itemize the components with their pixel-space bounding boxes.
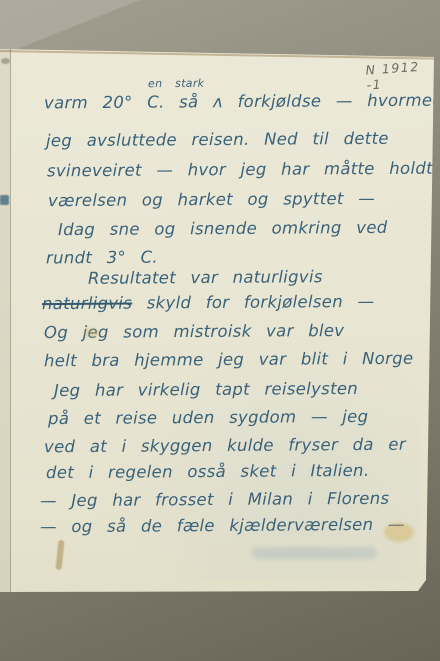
handwritten-line: rundt 3° C. (46, 248, 158, 268)
handwritten-text: Jeg har virkelig tapt reiselysten (54, 379, 358, 400)
handwritten-text: — og så de fæle kjælderværelsen — (40, 515, 405, 537)
handwritten-line: Og jeg som mistroisk var blev (44, 321, 344, 342)
handwritten-text: varm 20° C. så ʌ forkjøldse — hvormed (44, 91, 440, 113)
handwritten-line: helt bra hjemme jeg var blit i Norge (44, 349, 414, 371)
handwritten-line: naturligvis skyld for forkjølelsen — (42, 292, 374, 313)
handwritten-text: jeg avsluttede reisen. Ned til dette (46, 129, 389, 150)
handwritten-line: svineveiret — hvor jeg har måtte holdt (47, 159, 433, 181)
background-light-patch (0, 0, 140, 56)
paper-stain-streak (55, 540, 64, 570)
handwritten-line: Jeg har virkelig tapt reiselysten (54, 379, 358, 400)
handwritten-text: rundt 3° C. (46, 248, 158, 268)
paper-left-fold-crease (0, 49, 11, 592)
handwritten-text: værelsen og harket og spyttet — (48, 189, 375, 210)
handwritten-line: på et reise uden sygdom — jeg (48, 407, 368, 428)
handwritten-line: — Jeg har frosset i Milan i Florens (40, 489, 389, 510)
ghost-writing-smudge (252, 547, 377, 559)
handwritten-text: det i regelen osså sket i Italien. (46, 461, 369, 482)
handwritten-line: jeg avsluttede reisen. Ned til dette (46, 129, 389, 150)
handwritten-line: Idag sne og isnende omkring ved (58, 218, 388, 239)
handwritten-text: en stark (148, 77, 204, 90)
handwritten-text: skyld for forkjølelsen — (132, 292, 374, 313)
handwritten-line: ved at i skyggen kulde fryser da er (44, 435, 406, 457)
handwritten-text: Idag sne og isnende omkring ved (58, 218, 388, 239)
struck-out-word: naturligvis (42, 294, 132, 314)
handwritten-text: — Jeg har frosset i Milan i Florens (40, 489, 389, 510)
handwritten-line: værelsen og harket og spyttet — (48, 189, 375, 210)
handwritten-text: svineveiret — hvor jeg har måtte holdt (47, 159, 433, 181)
handwritten-line: Resultatet var naturligvis (88, 267, 323, 288)
archive-number-annotation: N 1912 -1 (365, 57, 440, 92)
handwritten-text: Resultatet var naturligvis (88, 267, 323, 288)
handwritten-line: en stark (148, 77, 204, 90)
handwritten-line: det i regelen osså sket i Italien. (46, 461, 369, 482)
letter-paper-sheet: N 1912 -1 en starkvarm 20° C. så ʌ forkj… (0, 0, 440, 661)
handwritten-text: helt bra hjemme jeg var blit i Norge (44, 349, 414, 371)
handwritten-text: Og jeg som mistroisk var blev (44, 321, 344, 342)
handwritten-text: ved at i skyggen kulde fryser da er (44, 435, 406, 457)
paper-top-edge (0, 50, 438, 60)
handwritten-text: på et reise uden sygdom — jeg (48, 407, 368, 428)
handwritten-line: — og så de fæle kjælderværelsen — (40, 515, 405, 537)
handwritten-line: varm 20° C. så ʌ forkjøldse — hvormed (44, 91, 440, 113)
